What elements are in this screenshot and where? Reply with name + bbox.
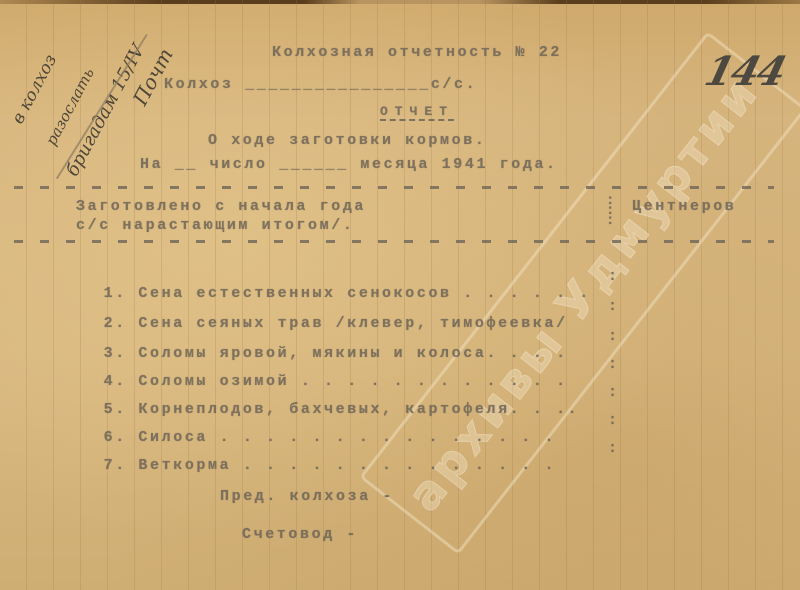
form-title: Колхозная отчетность № 22: [272, 44, 562, 61]
item-value-separator: :: [608, 384, 620, 401]
archival-document-page: архивы Удмуртии в колхоз разослать брига…: [0, 0, 800, 590]
kolkhoz-line: Колхоз ________________с/с.: [164, 76, 477, 93]
signature-accountant: Счетовод -: [242, 526, 358, 543]
table-row: 3. Соломы яровой, мякины и колоса. . . .…: [34, 328, 624, 348]
table-row: 5. Корнеплодов, бахчевых, картофеля. . .…: [34, 384, 624, 404]
table-row: 7. Веткорма . . . . . . . . . . . . . . …: [34, 440, 624, 460]
table-row: 6. Силоса . . . . . . . . . . . . . . . …: [34, 412, 624, 432]
table-header-divider: [14, 240, 774, 243]
item-value-separator: :: [608, 268, 620, 285]
sheet-number-handwritten: 144: [700, 48, 789, 95]
item-value-separator: :: [608, 298, 620, 315]
table-header-left-line-1: Заготовлено с начала года: [76, 198, 366, 215]
report-subject: О ходе заготовки кормов.: [208, 132, 486, 149]
table-row: 2. Сена сеяных трав /клевер, тимофеевка/…: [34, 298, 624, 318]
item-value-separator: :: [608, 356, 620, 373]
item-value-separator: :: [608, 328, 620, 345]
report-date-line: На __ число ______ месяца 1941 года.: [140, 156, 558, 173]
item-value-separator: :: [608, 440, 620, 457]
table-row: 4. Соломы озимой . . . . . . . . . . . .…: [34, 356, 624, 376]
scan-top-edge: [0, 0, 800, 4]
table-header-right: Центнеров: [632, 198, 736, 215]
item-value-separator: :: [608, 412, 620, 429]
item-label: 7. Веткорма . . . . . . . . . . . . . .: [34, 440, 556, 491]
table-top-divider: [14, 186, 774, 189]
table-header-column-separator: :::: [606, 196, 617, 226]
signature-chairman: Пред. колхоза -: [220, 488, 394, 505]
handwritten-margin-note-1: в колхоз: [8, 51, 61, 127]
table-header-left-line-2: с/с нарастающим итогом/.: [76, 217, 354, 234]
report-title: ОТЧЕТ: [380, 104, 454, 121]
table-row: 1. Сена естественных сенокосов . . . . .…: [34, 268, 624, 288]
